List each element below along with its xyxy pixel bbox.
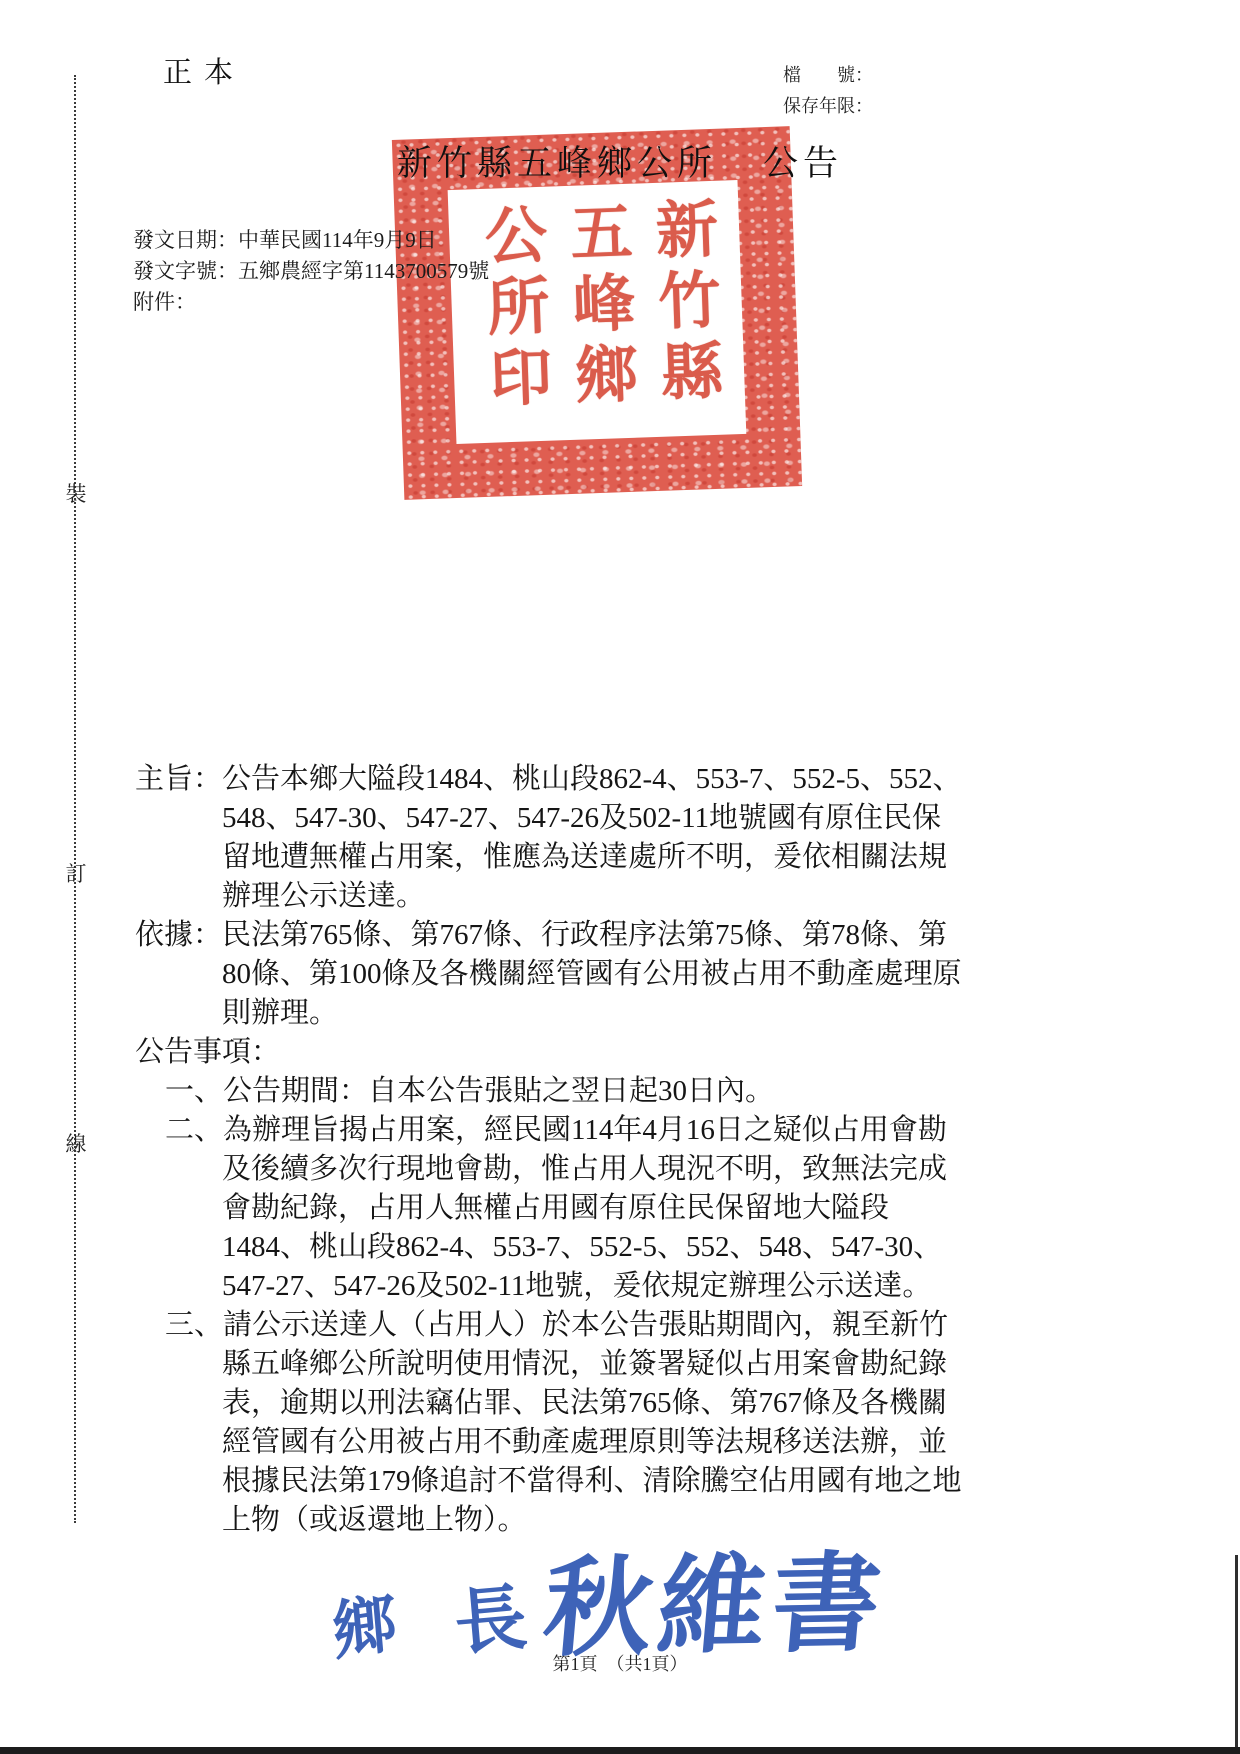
body-line: 留地遭無權占用案，惟應為送達處所不明，爰依相關法規 xyxy=(135,838,1145,877)
body-line: 根據民法第179條追討不當得利、清除騰空佔用國有地之地 xyxy=(135,1462,1145,1501)
file-number-label: 檔 號： xyxy=(783,60,873,91)
body-line: 547-27、547-26及502-11地號，爰依規定辦理公示送達。 xyxy=(135,1267,1145,1306)
issue-date-line: 發文日期：中華民國114年9月9日 xyxy=(133,225,489,256)
ref-number-line: 發文字號：五鄉農經字第1143700579號 xyxy=(133,256,489,287)
official-seal-inner: 新竹縣五峰鄉公所印 xyxy=(448,180,747,444)
binding-mark-zhuang: 裝 xyxy=(62,478,90,508)
body-line: 及後續多次行現地會勘，惟占用人現況不明，致無法完成 xyxy=(135,1150,1145,1189)
binding-mark-xian: 線 xyxy=(62,1128,90,1158)
document-type: 公告 xyxy=(763,136,843,186)
document-page: 裝 訂 線 正本 檔 號： 保存年限： 新竹縣五峰鄉公所 公告 新竹縣五峰鄉公所… xyxy=(0,0,1240,1754)
signature-title-char-2: 長 xyxy=(450,1559,531,1669)
retention-label: 保存年限： xyxy=(783,91,873,122)
seal-script-text: 新竹縣五峰鄉公所印 xyxy=(465,195,729,429)
copy-type-label: 正本 xyxy=(163,50,245,91)
body-line: 主旨：公告本鄉大隘段1484、桃山段862-4、553-7、552-5、552、 xyxy=(135,760,1145,799)
body-line: 經管國有公用被占用不動產處理原則等法規移送法辦，並 xyxy=(135,1423,1145,1462)
body-line: 一、公告期間：自本公告張貼之翌日起30日內。 xyxy=(135,1072,1145,1111)
signature-name: 秋維書 xyxy=(539,1551,890,1665)
issuing-agency: 新竹縣五峰鄉公所 xyxy=(397,136,717,186)
meta-block: 發文日期：中華民國114年9月9日 發文字號：五鄉農經字第1143700579號… xyxy=(133,225,489,318)
body-line: 三、請公示送達人（占用人）於本公告張貼期間內，親至新竹 xyxy=(135,1306,1145,1345)
body-line: 公告事項： xyxy=(135,1033,1145,1072)
document-title: 新竹縣五峰鄉公所 公告 xyxy=(0,136,1240,186)
body-line: 則辦理。 xyxy=(135,994,1145,1033)
body-line: 1484、桃山段862-4、553-7、552-5、552、548、547-30… xyxy=(135,1228,1145,1267)
body-line: 辦理公示送達。 xyxy=(135,877,1145,916)
binding-mark-ding: 訂 xyxy=(62,858,90,888)
body-line: 表，逾期以刑法竊佔罪、民法第765條、第767條及各機關 xyxy=(135,1384,1145,1423)
body-line: 80條、第100條及各機關經管國有公用被占用不動產處理原 xyxy=(135,955,1145,994)
signature-title-char-1: 鄉 xyxy=(329,1571,400,1673)
body-line: 依據：民法第765條、第767條、行政程序法第75條、第78條、第 xyxy=(135,916,1145,955)
announcement-body: 主旨：公告本鄉大隘段1484、桃山段862-4、553-7、552-5、552、… xyxy=(135,760,1145,1540)
file-info-block: 檔 號： 保存年限： xyxy=(783,60,873,122)
binding-dotted-line xyxy=(74,75,76,1523)
scan-edge-bottom xyxy=(0,1747,1240,1754)
body-line: 縣五峰鄉公所說明使用情況，並簽署疑似占用案會勘紀錄 xyxy=(135,1345,1145,1384)
attachment-line: 附件： xyxy=(133,287,489,318)
body-line: 548、547-30、547-27、547-26及502-11地號國有原住民保 xyxy=(135,799,1145,838)
mayor-signature: 鄉 長 秋維書 xyxy=(331,1551,887,1669)
body-line: 二、為辦理旨揭占用案，經民國114年4月16日之疑似占用會勘 xyxy=(135,1111,1145,1150)
body-line: 上物（或返還地上物）。 xyxy=(135,1501,1145,1540)
body-line: 會勘紀錄，占用人無權占用國有原住民保留地大隘段 xyxy=(135,1189,1145,1228)
